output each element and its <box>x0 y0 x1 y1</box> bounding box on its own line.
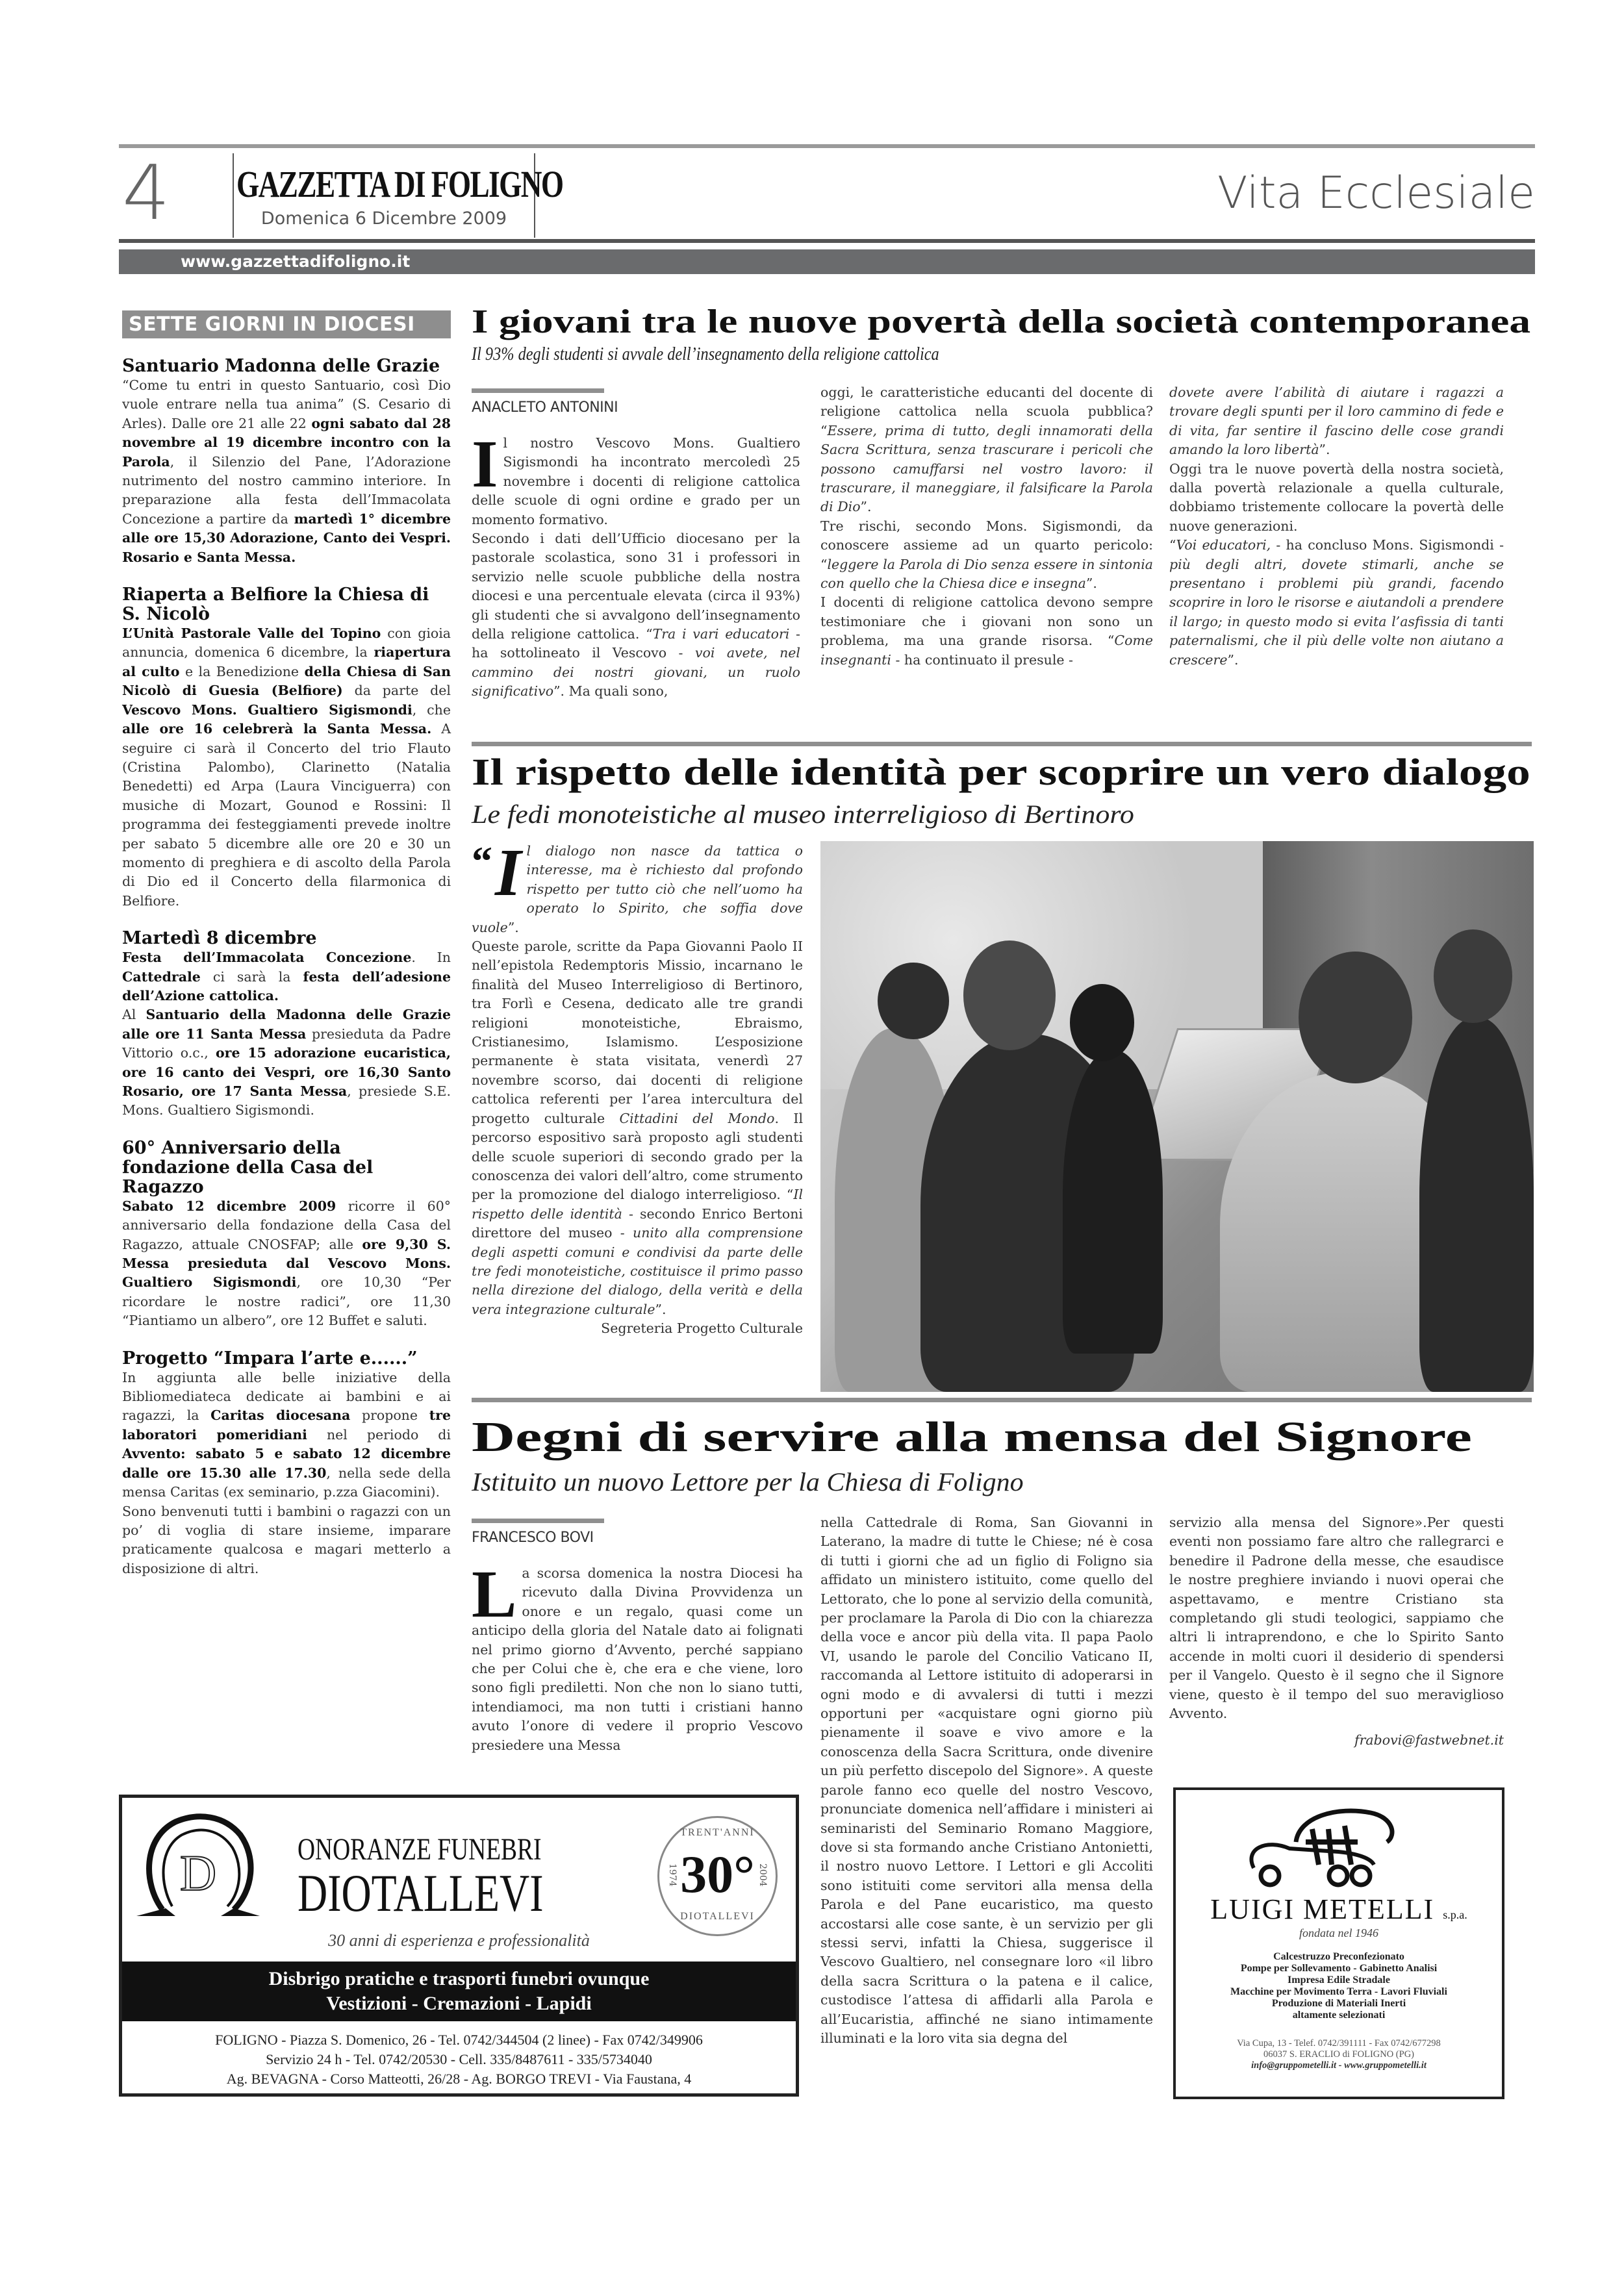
ad-tagline: 30 anni di esperienza e professionalità <box>122 1931 796 1950</box>
diotallevi-logo-icon: D <box>136 1812 260 1923</box>
byline-rule <box>472 388 604 393</box>
article-signature: Segreteria Progetto Culturale <box>472 1319 803 1338</box>
service-item: Macchine per Movimento Terra - Lavori Fl… <box>1176 1986 1502 1998</box>
author-name: ANACLETO ANTONINI <box>472 399 618 416</box>
masthead-logo: GAZZETTA DI FOLIGNO Domenica 6 Dicembre … <box>233 153 535 238</box>
column-text: l nostro Vescovo Mons. Gualtiero Sigismo… <box>472 435 800 699</box>
quote-mark-icon: “ <box>472 842 492 881</box>
page-number: 4 <box>122 156 170 231</box>
article1-column-2: oggi, le caratteristiche educanti del do… <box>820 383 1153 670</box>
band-line: Disbrigo pratiche e trasporti funebri ov… <box>122 1967 796 1991</box>
newspaper-name: GAZZETTA DI FOLIGNO <box>236 162 531 206</box>
contact-line: Servizio 24 h - Tel. 0742/20530 - Cell. … <box>122 2050 796 2069</box>
seal-top-text: TRENT'ANNI <box>659 1827 776 1839</box>
photo-head <box>1070 984 1134 1061</box>
sidebar-item: Progetto “Impara l’arte e......” In aggi… <box>122 1349 451 1578</box>
sidebar-item-title: 60° Anniversario della fondazione della … <box>122 1139 451 1197</box>
founded-line: fondata nel 1946 <box>1176 1926 1502 1940</box>
address-line: 06037 S. ERACLIO di FOLIGNO (PG) <box>1176 2049 1502 2060</box>
column-text: a scorsa domenica la nostra Diocesi ha r… <box>472 1565 803 1753</box>
drop-cap: I <box>495 846 521 900</box>
company-name-text: LUIGI METELLI <box>1210 1893 1434 1925</box>
sidebar-diocese-week: SETTE GIORNI IN DIOCESI Santuario Madonn… <box>122 310 451 1578</box>
web-contact-text: info@gruppometelli.it - www.gruppometell… <box>1251 2060 1427 2071</box>
service-item: Produzione di Materiali Inerti <box>1176 1998 1502 2010</box>
photo-head <box>1434 929 1512 1023</box>
truck-logo-icon <box>1241 1803 1410 1894</box>
sidebar-item: Martedì 8 dicembre Festa dell’Immacolata… <box>122 929 451 1120</box>
section-title: Vita Ecclesiale <box>1217 168 1535 219</box>
masthead-rule <box>119 239 1535 243</box>
ad-diotallevi[interactable]: D ONORANZE FUNEBRI DIOTALLEVI TRENT'ANNI… <box>119 1795 799 2097</box>
article3-column-3: servizio alla mensa del Signore».Per que… <box>1169 1513 1504 1750</box>
photo-head <box>878 963 949 1040</box>
sidebar-item-body: Sabato 12 dicembre 2009 ricorre il 60° a… <box>122 1197 451 1331</box>
article3-byline: FRANCESCO BOVI <box>472 1519 604 1546</box>
web-contact-link[interactable]: info@gruppometelli.it - www.gruppometell… <box>1176 2060 1502 2071</box>
sidebar-item-title: Progetto “Impara l’arte e......” <box>122 1349 451 1369</box>
contact-line: FOLIGNO - Piazza S. Domenico, 26 - Tel. … <box>122 2030 796 2050</box>
article1-title: I giovani tra le nuove povertà della soc… <box>472 303 1530 341</box>
sidebar-item-title: Santuario Madonna delle Grazie <box>122 357 451 376</box>
ad-heading-line1: ONORANZE FUNEBRI <box>298 1832 541 1867</box>
sidebar-item: 60° Anniversario della fondazione della … <box>122 1139 451 1331</box>
sidebar-item-title: Martedì 8 dicembre <box>122 929 451 948</box>
contact-line: Ag. BEVAGNA - Corso Matteotti, 26/28 - A… <box>122 2069 796 2089</box>
article3-subtitle: Istituito un nuovo Lettore per la Chiesa… <box>472 1467 1024 1497</box>
drop-cap: L <box>472 1568 516 1621</box>
service-item: Impresa Edile Stradale <box>1176 1974 1502 1986</box>
sidebar-item-body: “Come tu entri in questo Santuario, così… <box>122 376 451 567</box>
service-item: Pompe per Sollevamento - Gabinetto Anali… <box>1176 1963 1502 1974</box>
sidebar-item-title: Riaperta a Belfiore la Chiesa di S. Nico… <box>122 585 451 624</box>
service-item: altamente selezionati <box>1176 2010 1502 2021</box>
article2-subtitle: Le fedi monoteistiche al museo interreli… <box>472 799 1134 829</box>
seal-bottom-text: DIOTALLEVI <box>659 1911 776 1923</box>
column-text: l dialogo non nasce da tattica o interes… <box>472 843 803 1317</box>
company-name: LUIGI METELLI s.p.a. <box>1176 1893 1502 1926</box>
photo-person <box>1419 1017 1534 1392</box>
article-separator <box>472 1398 1532 1402</box>
article1-subtitle: Il 93% degli studenti si avvale dell’ins… <box>472 344 939 365</box>
sidebar-item-body: In aggiunta alle belle iniziative della … <box>122 1369 451 1578</box>
author-name: FRANCESCO BOVI <box>472 1530 604 1546</box>
column-text: servizio alla mensa del Signore».Per que… <box>1169 1515 1504 1721</box>
article1-column-1: I l nostro Vescovo Mons. Gualtiero Sigis… <box>472 434 800 701</box>
article1-byline: ANACLETO ANTONINI <box>472 388 618 416</box>
photo-head <box>963 940 1056 1051</box>
company-suffix: s.p.a. <box>1443 1908 1467 1921</box>
museum-visit-photo: Visitatori davanti a una teca al museo i… <box>820 841 1534 1392</box>
company-address: Via Cupa, 13 - Telef. 0742/391111 - Fax … <box>1176 2038 1502 2071</box>
photo-person <box>1063 1050 1163 1353</box>
top-rule <box>119 144 1535 148</box>
website-link[interactable]: www.gazzettadifoligno.it <box>181 252 410 271</box>
sidebar-item-body: L’Unità Pastorale Valle del Topino con g… <box>122 624 451 911</box>
drop-cap: I <box>472 438 498 491</box>
article2-title: Il rispetto delle identità per scoprire … <box>472 750 1530 794</box>
sidebar-item: Riaperta a Belfiore la Chiesa di S. Nico… <box>122 585 451 911</box>
ad-heading-line2: DIOTALLEVI <box>298 1863 544 1924</box>
band-line: Vestizioni - Cremazioni - Lapidi <box>122 1991 796 2016</box>
services-list: Calcestruzzo Preconfezionato Pompe per S… <box>1176 1951 1502 2021</box>
photo-head <box>1299 952 1413 1084</box>
article3-title: Degni di servire alla mensa del Signore <box>472 1413 1472 1462</box>
anniversary-seal: TRENT'ANNI 1974 30° 2004 DIOTALLEVI <box>657 1816 778 1936</box>
address-line: Via Cupa, 13 - Telef. 0742/391111 - Fax … <box>1176 2038 1502 2049</box>
ad-contacts: FOLIGNO - Piazza S. Domenico, 26 - Tel. … <box>122 2030 796 2089</box>
article1-column-3: dovete avere l’abilità di aiutare i raga… <box>1169 383 1504 670</box>
service-item: Calcestruzzo Preconfezionato <box>1176 1951 1502 1963</box>
sidebar-item: Santuario Madonna delle Grazie “Come tu … <box>122 357 451 567</box>
website-bar: www.gazzettadifoligno.it <box>119 249 1535 274</box>
seal-year-end: 2004 <box>757 1863 768 1887</box>
article3-column-1: L a scorsa domenica la nostra Diocesi ha… <box>472 1564 803 1755</box>
byline-rule <box>472 1519 604 1523</box>
issue-date: Domenica 6 Dicembre 2009 <box>234 208 534 229</box>
svg-text:D: D <box>180 1845 216 1901</box>
sidebar-heading: SETTE GIORNI IN DIOCESI <box>122 310 451 338</box>
author-email-link[interactable]: frabovi@fastwebnet.it <box>1169 1731 1504 1750</box>
article2-column: “ I l dialogo non nasce da tattica o int… <box>472 842 803 1339</box>
ad-luigi-metelli[interactable]: LUIGI METELLI s.p.a. fondata nel 1946 Ca… <box>1173 1787 1504 2099</box>
ad-services-band: Disbrigo pratiche e trasporti funebri ov… <box>122 1962 796 2021</box>
sidebar-item-body: Festa dell’Immacolata Concezione. In Cat… <box>122 948 451 1120</box>
article-separator <box>472 742 1532 746</box>
article3-column-2: nella Cattedrale di Roma, San Giovanni i… <box>820 1513 1153 2048</box>
